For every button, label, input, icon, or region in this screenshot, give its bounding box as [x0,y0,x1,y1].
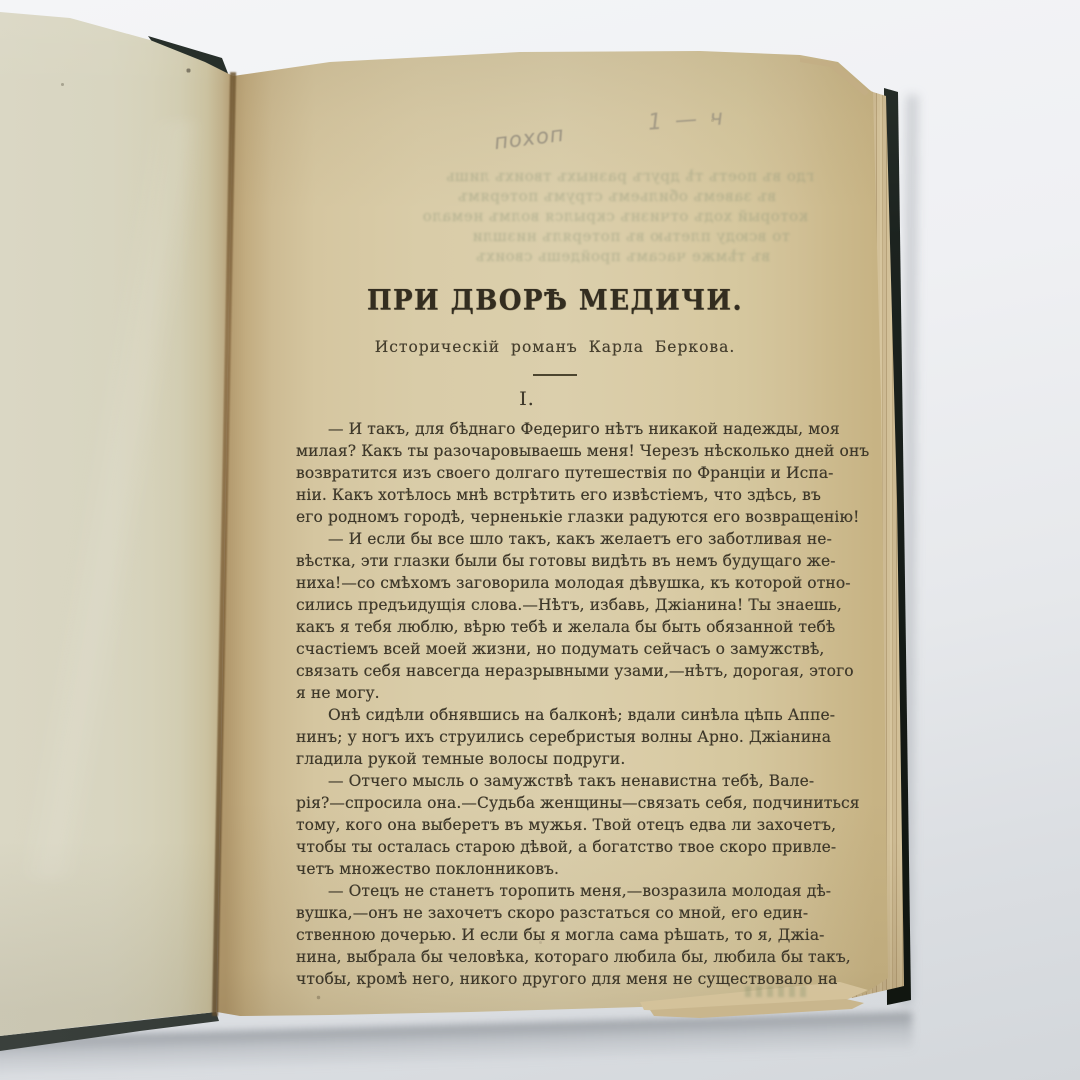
printed-text-line: тому, кого она выберетъ въ мужья. Твой о… [296,814,802,836]
printed-text-line: четъ множество поклонниковъ. [296,858,802,880]
bleedthrough-line: въ тѣмже часамъ пройдешь своихъ [444,246,770,266]
printed-text-line: какъ я тебя люблю, вѣрю тебѣ и желала бы… [296,616,802,638]
printed-text-line: нина, выбрала бы человѣка, котораго люби… [296,946,802,968]
printed-text-line: гладила рукой темные волосы подруги. [296,748,802,770]
printed-text-line: ственною дочерью. И если бы я могла сама… [296,924,802,946]
printed-text-line: чтобы ты осталась старою дѣвой, а богатс… [296,836,802,858]
page-crease-highlight [20,120,200,880]
bleedthrough-line: который ходъ отчизнъ скрылся волмъ немал… [444,206,808,226]
printed-text-line: возвратится изъ своего долгаго путешеств… [296,462,802,484]
body-text: — И такъ, для бѣднаго Федериго нѣтъ ника… [296,418,802,990]
printed-text-line: — Отецъ не станетъ торопить меня,—возраз… [296,880,802,902]
printed-text-line: я не могу. [296,682,802,704]
printed-text-line: вѣстка, эти глазки были бы готовы видѣть… [296,550,802,572]
page-content: похоп 1 — ч гдо въ поетъ тѣ другъ разных… [296,104,802,1024]
handwriting-pencil-numbering: 1 — ч [647,105,727,135]
title-divider-rule [533,374,577,376]
chapter-number: I. [274,388,780,410]
bleedthrough-text: гдо въ поетъ тѣ другъ разныхъ твоихъ лиш… [444,166,816,266]
printed-text-line: связать себя навсегда неразрывными узами… [296,660,802,682]
printed-text-line: чтобы, кромѣ него, никого другого для ме… [296,968,802,990]
printed-text-line: вушка,—онъ не захочетъ скоро разстаться … [296,902,802,924]
printed-text-line: сились предъидущія слова.—Нѣтъ, избавь, … [296,594,802,616]
printed-text-line: рія?—спросила она.—Судьба женщины—связат… [296,792,802,814]
printed-text-line: его родномъ городѣ, черненькіе глазки ра… [296,506,802,528]
printed-text-line: Онѣ сидѣли обнявшись на балконѣ; вдали с… [296,704,802,726]
printed-text-line: счастіемъ всей моей жизни, но подумать с… [296,638,802,660]
handwriting-pencil-word: похоп [493,122,566,154]
printed-text-line: — И такъ, для бѣднаго Федериго нѣтъ ника… [296,418,802,440]
book-subtitle: Историческій романъ Карла Беркова. [302,338,808,356]
printed-text-line: — Отчего мысль о замужствѣ такъ ненавист… [296,770,802,792]
bleedthrough-line: то всюду плетью въ потерялъ низшли [444,226,790,246]
photo-of-open-book: похоп 1 — ч гдо въ поетъ тѣ другъ разных… [0,0,1080,1080]
printed-text-line: ніи. Какъ хотѣлось мнѣ встрѣтить его изв… [296,484,802,506]
printed-text-line: — И если бы все шло такъ, какъ желаетъ е… [296,528,802,550]
bleedthrough-line: гдо въ поетъ тѣ другъ разныхъ твоихъ лиш… [444,166,814,186]
printed-text-line: ниха!—со смѣхомъ заговорила молодая дѣву… [296,572,802,594]
printed-text-line: нинъ; у ногъ ихъ струились серебристыя в… [296,726,802,748]
book-title: ПРИ ДВОРѢ МЕДИЧИ. [302,285,808,317]
faded-stamp-mark [745,986,809,997]
bleedthrough-line: въ завемъ обильемъ струмъ потерямъ [444,186,776,206]
dust-specks [0,0,1,1]
printed-text-line: милая? Какъ ты разочаровываешь меня! Чер… [296,440,802,462]
